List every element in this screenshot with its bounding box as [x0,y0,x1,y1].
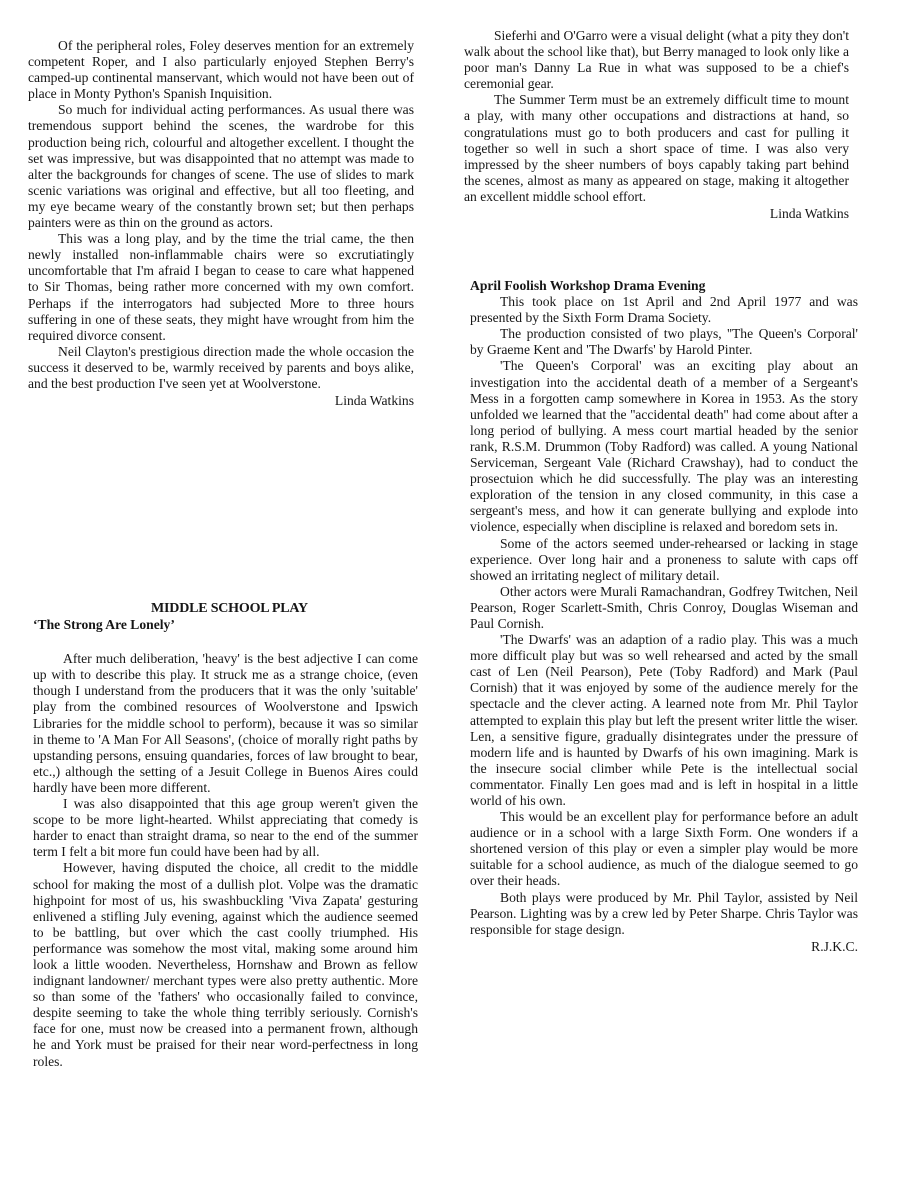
paragraph: Of the peripheral roles, Foley deserves … [28,38,414,102]
article-heading: MIDDLE SCHOOL PLAY [33,601,418,617]
paragraph: I was also disappointed that this age gr… [33,796,418,860]
april-foolish-article: April Foolish Workshop Drama Evening Thi… [470,278,858,955]
paragraph: This was a long play, and by the time th… [28,231,414,344]
paragraph: Some of the actors seemed under-rehearse… [470,536,858,584]
paragraph: So much for individual acting performanc… [28,102,414,231]
paragraph: Sieferhi and O'Garro were a visual delig… [464,28,849,92]
paragraph: The production consisted of two plays, '… [470,326,858,358]
middle-school-play-article: MIDDLE SCHOOL PLAY ‘The Strong Are Lonel… [33,601,418,1070]
paragraph: The Summer Term must be an extremely dif… [464,92,849,205]
paragraph: This took place on 1st April and 2nd Apr… [470,294,858,326]
article-subtitle: ‘The Strong Are Lonely’ [33,617,418,633]
article-heading: April Foolish Workshop Drama Evening [470,278,858,294]
paragraph: Other actors were Murali Ramachandran, G… [470,584,858,632]
paragraph: Both plays were produced by Mr. Phil Tay… [470,890,858,938]
paragraph: However, having disputed the choice, all… [33,860,418,1069]
left-column-top: Of the peripheral roles, Foley deserves … [28,38,414,409]
author-signature: Linda Watkins [28,393,414,409]
author-signature: R.J.K.C. [470,939,858,955]
right-column-top: Sieferhi and O'Garro were a visual delig… [464,28,849,222]
paragraph: Neil Clayton's prestigious direction mad… [28,344,414,392]
paragraph: This would be an excellent play for perf… [470,809,858,889]
author-signature: Linda Watkins [464,206,849,222]
article-body: After much deliberation, 'heavy' is the … [33,651,418,1069]
paragraph: 'The Dwarfs' was an adaption of a radio … [470,632,858,809]
paragraph: After much deliberation, 'heavy' is the … [33,651,418,796]
paragraph: 'The Queen's Corporal' was an exciting p… [470,358,858,535]
